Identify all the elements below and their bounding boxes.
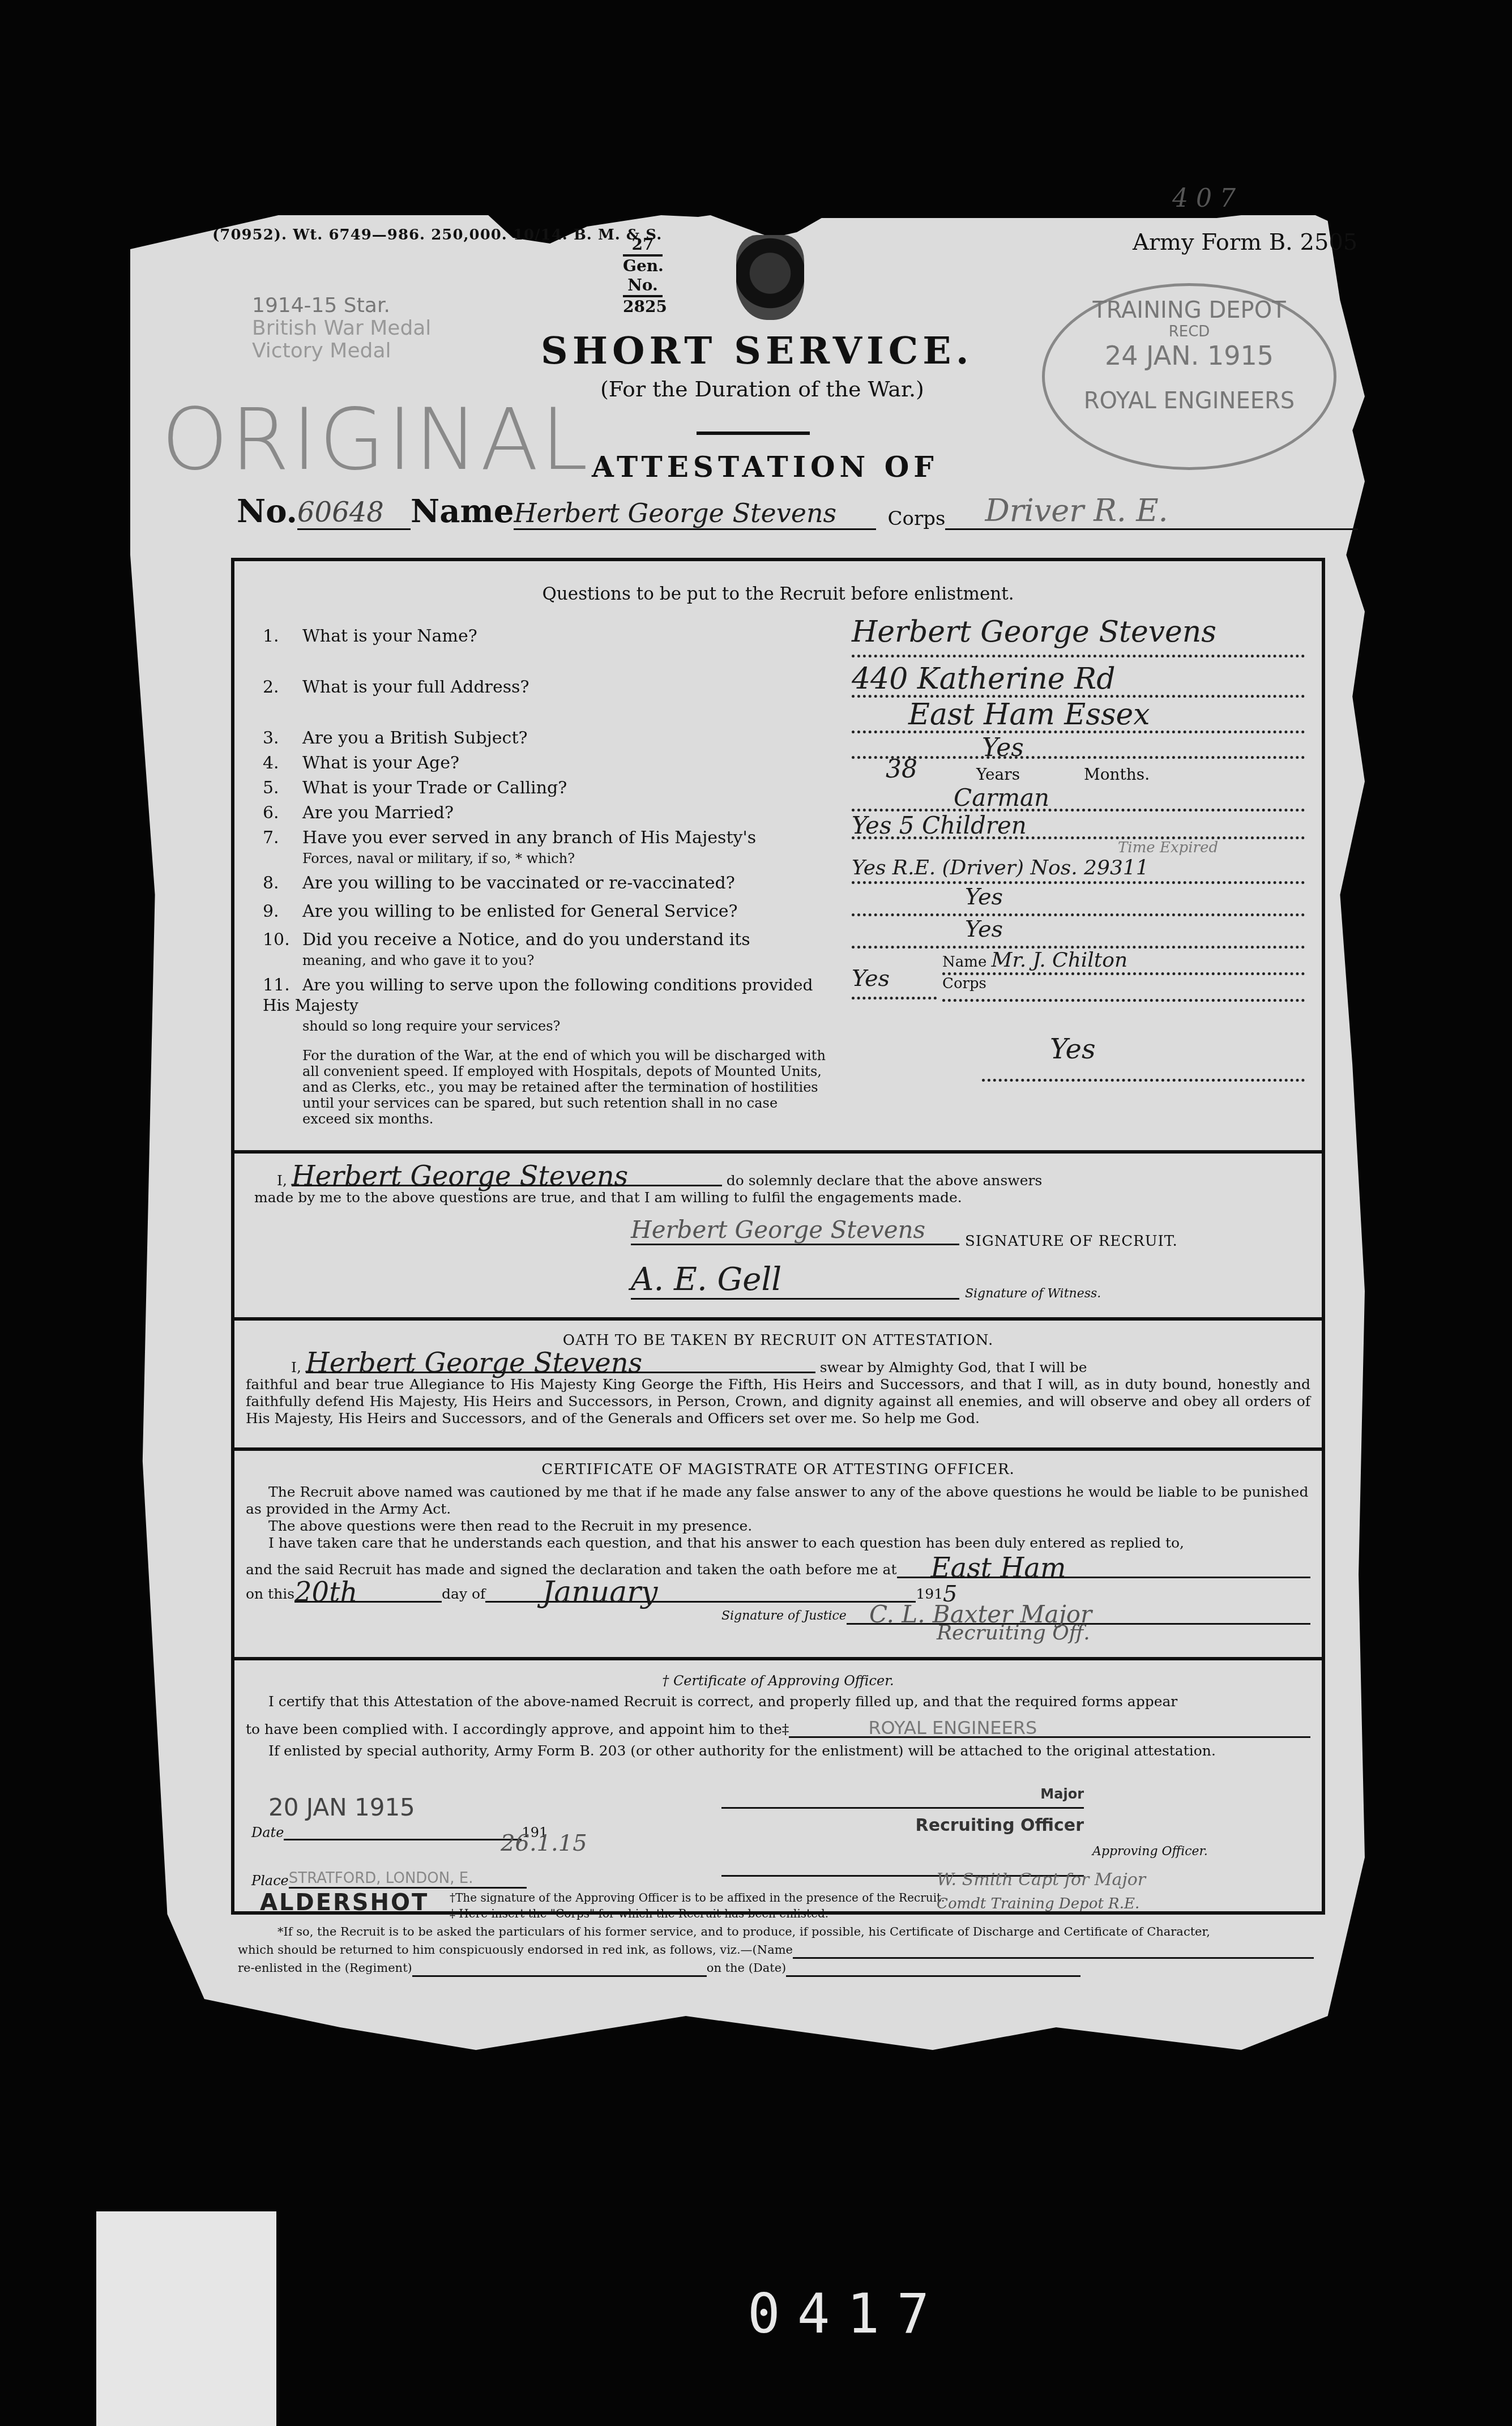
training-depot-stamp: TRAINING DEPOT RECD 24 JAN. 1915 ROYAL E… <box>1042 283 1336 470</box>
on-this-label: on this <box>246 1586 294 1603</box>
footer-line-2-row: which should be returned to him conspicu… <box>238 1941 1314 1959</box>
date-line <box>284 1839 522 1840</box>
gen-no-bottom: 2825 <box>623 297 663 317</box>
question-text: Are you willing to be enlisted for Gener… <box>302 902 738 921</box>
question-num: 9. <box>263 902 302 922</box>
question-num: 3. <box>263 728 302 749</box>
question-num: 5. <box>263 778 302 798</box>
oath-section: OATH TO BE TAKEN BY RECRUIT ON ATTESTATI… <box>234 1317 1322 1442</box>
corps-label: Corps <box>887 507 945 530</box>
question-text: Are you willing to be vaccinated or re-v… <box>302 873 735 893</box>
question-text: Are you Married? <box>302 803 454 823</box>
answer-11: Yes <box>982 1033 1305 1082</box>
attestation-date-row: on this 20th day of January 191 5 <box>246 1584 1310 1603</box>
attestation-day: 20th <box>294 1584 442 1603</box>
question-text: What is your Trade or Calling? <box>302 778 567 798</box>
question-num: 7. <box>263 828 302 848</box>
form-body-box: Questions to be put to the Recruit befor… <box>231 558 1325 1915</box>
footer-regiment-line <box>412 1975 707 1977</box>
answer-10: Yes <box>852 949 937 1000</box>
question-num: 2. <box>263 677 302 698</box>
answer-4-row: 38YearsMonths. <box>852 759 1305 784</box>
answer-4: 38 <box>852 755 976 784</box>
oath-name: Herbert George Stevens <box>306 1355 815 1373</box>
footer-regiment-label: re-enlisted in the (Regiment) <box>238 1959 412 1977</box>
appoint-row: to have been complied with. I accordingl… <box>246 1719 1310 1738</box>
place-row: Place STRATFORD, LONDON, E. <box>251 1870 527 1889</box>
question-text: What is your full Address? <box>302 677 529 697</box>
answer-2: 440 Katherine Rd <box>852 662 1305 698</box>
gen-no-label: Gen. No. <box>623 254 663 297</box>
film-calibration-card <box>96 2211 276 2426</box>
approving-officer-note: Comdt Training Depot R.E. <box>937 1895 1139 1912</box>
approving-p1: I certify that this Attestation of the a… <box>246 1693 1310 1710</box>
declaration-section: I, Herbert George Stevens do solemnly de… <box>234 1150 1322 1312</box>
recruiting-officer-stamp: Recruiting Officer <box>721 1816 1084 1835</box>
attestation-heading: ATTESTATION OF <box>592 450 938 484</box>
recruit-name: Herbert George Stevens <box>514 498 876 530</box>
oath-text-block: I, Herbert George Stevens swear by Almig… <box>246 1355 1310 1427</box>
form-subtitle: (For the Duration of the War.) <box>600 377 924 402</box>
notice-giver: Name Mr. J. Chilton Corps <box>937 949 1305 1000</box>
approving-officer-block: Major Recruiting Officer <box>721 1805 1084 1877</box>
question-subtext: should so long require your services? <box>263 1016 829 1036</box>
footer-date-line <box>786 1975 1080 1977</box>
medals-stamp: 1914-15 Star. British War Medal Victory … <box>252 294 431 362</box>
question-num: 1. <box>263 626 302 647</box>
divider <box>697 432 810 435</box>
medal-star: 1914-15 Star. <box>252 294 431 317</box>
notice-name-label: Name <box>942 954 986 971</box>
approving-officer-section: † Certificate of Approving Officer. I ce… <box>234 1657 1322 1918</box>
appointed-corps-stamp: ROYAL ENGINEERS <box>789 1719 1310 1738</box>
oath-prefix: I, <box>246 1359 301 1376</box>
justice-label: Signature of Justice <box>721 1608 847 1625</box>
recruit-identity-line: No. 60648 Name Herbert George Stevens Co… <box>237 493 1358 530</box>
footer-notes: *If so, the Recruit is to be asked the p… <box>238 1923 1314 1977</box>
magistrate-certificate-section: CERTIFICATE OF MAGISTRATE OR ATTESTING O… <box>234 1447 1322 1655</box>
footer-date-label: on the (Date) <box>707 1959 787 1977</box>
film-frame-counter: 0417 <box>748 2282 946 2346</box>
footer-line-2: which should be returned to him conspicu… <box>238 1941 793 1959</box>
answers-list: Herbert George Stevens 440 Katherine Rd … <box>823 615 1305 1082</box>
depot-stamp-date: 24 JAN. 1915 <box>1045 340 1334 371</box>
notice-name-value: Mr. J. Chilton <box>992 949 1128 972</box>
answer-1: Herbert George Stevens <box>852 615 1305 657</box>
form-number: Army Form B. 2505 <box>1133 229 1357 255</box>
answer-5: Carman <box>852 784 1305 811</box>
magistrate-p2: The above questions were then read to th… <box>246 1518 1310 1535</box>
date-label: Date <box>251 1825 284 1840</box>
answer-10-row: Yes Name Mr. J. Chilton Corps <box>852 949 1305 1000</box>
original-stamp: ORIGINAL. <box>161 391 620 489</box>
attestation-month: January <box>485 1584 916 1603</box>
date-stamp: 20 JAN 1915 <box>268 1793 415 1821</box>
oath-text: faithful and bear true Allegiance to His… <box>246 1376 1310 1427</box>
footer-line-3-row: re-enlisted in the (Regiment)on the (Dat… <box>238 1959 1314 1977</box>
approving-officer-label: Approving Officer. <box>1092 1844 1208 1859</box>
question-text: What is your Name? <box>302 626 477 646</box>
declaration-text-2: made by me to the above questions are tr… <box>254 1189 1310 1206</box>
declaration-prefix: I, <box>254 1172 287 1189</box>
gen-number: 27 Gen. No. 2825 <box>623 235 663 317</box>
approving-p2: to have been complied with. I accordingl… <box>246 1721 789 1738</box>
question-num: 10. <box>263 930 302 950</box>
royal-coat-of-arms-icon <box>736 235 804 320</box>
answer-2-line2: East Ham Essex <box>852 698 1305 733</box>
footer-name-line <box>793 1957 1314 1959</box>
footer-line-1: *If so, the Recruit is to be asked the p… <box>238 1923 1314 1941</box>
officer-line-1 <box>721 1805 1084 1809</box>
place-stamp: STRATFORD, LONDON, E. <box>289 1870 527 1889</box>
form-title: SHORT SERVICE. <box>541 328 973 373</box>
years-label: Years <box>976 765 1084 784</box>
officer-title-stamp: Major <box>721 1786 1084 1802</box>
form-body-bottom-rule <box>231 1911 1325 1915</box>
service-conditions: For the duration of the War, at the end … <box>263 1048 829 1127</box>
corps-value: Driver R. E. <box>945 493 1358 530</box>
approving-p3: If enlisted by special authority, Army F… <box>246 1742 1310 1759</box>
magistrate-heading: CERTIFICATE OF MAGISTRATE OR ATTESTING O… <box>234 1461 1322 1478</box>
place-label: Place <box>251 1873 289 1889</box>
magistrate-text: The Recruit above named was cautioned by… <box>246 1484 1310 1642</box>
approving-officer-signature: W. Smith Capt for Major <box>937 1870 1146 1890</box>
approving-heading: † Certificate of Approving Officer. <box>234 1673 1322 1689</box>
depot-stamp-bottom: ROYAL ENGINEERS <box>1045 388 1334 414</box>
notice-corps-label: Corps <box>942 975 986 992</box>
print-code: (70952). Wt. 6749—986. 250,000. 10/14. B… <box>212 227 662 244</box>
answer-7-note: Time Expired <box>1118 839 1305 856</box>
question-text: Have you ever served in any branch of Hi… <box>302 828 756 848</box>
attestation-place-row: and the said Recruit has made and signed… <box>246 1560 1310 1578</box>
answer-6: Yes 5 Children <box>852 811 1305 839</box>
attestation-place: East Ham <box>897 1560 1310 1578</box>
magistrate-p1: The Recruit above named was cautioned by… <box>246 1484 1310 1518</box>
regimental-number: 60648 <box>297 497 411 530</box>
oath-heading: OATH TO BE TAKEN BY RECRUIT ON ATTESTATI… <box>234 1332 1322 1349</box>
declaration-name: Herbert George Stevens <box>292 1168 722 1186</box>
approving-footnotes: †The signature of the Approving Officer … <box>450 1890 945 1921</box>
oath-text-after-name: swear by Almighty God, that I will be <box>820 1359 1087 1376</box>
recruit-signature: Herbert George Stevens <box>631 1216 959 1245</box>
questions-heading: Questions to be put to the Recruit befor… <box>234 584 1322 604</box>
depot-stamp-top: TRAINING DEPOT <box>1045 297 1334 323</box>
witness-signature: A. E. Gell <box>631 1261 959 1300</box>
question-text: Did you receive a Notice, and do you und… <box>302 930 750 950</box>
footnote-signature: †The signature of the Approving Officer … <box>450 1890 945 1906</box>
recruit-signature-label: SIGNATURE OF RECRUIT. <box>965 1233 1178 1250</box>
notice-name-row: Name Mr. J. Chilton <box>942 949 1305 975</box>
declaration-text: I, Herbert George Stevens do solemnly de… <box>254 1168 1310 1206</box>
question-text: What is your Age? <box>302 753 459 773</box>
answer-7: Yes R.E. (Driver) Nos. 29311 <box>852 856 1305 884</box>
question-text: Are you willing to serve upon the follow… <box>263 976 813 1015</box>
handwritten-date: 26.1.15 <box>501 1830 587 1856</box>
answer-8: Yes <box>852 884 1305 916</box>
justice-note: Recruiting Off. <box>937 1625 1310 1642</box>
approving-text: I certify that this Attestation of the a… <box>246 1693 1310 1759</box>
day-of-label: day of <box>442 1586 485 1603</box>
question-11: 11.Are you willing to serve upon the fol… <box>263 975 829 1100</box>
months-label: Months. <box>1084 765 1150 784</box>
gen-no-top: 27 <box>623 235 663 254</box>
question-num: 8. <box>263 873 302 894</box>
depot-stamp-recd: RECD <box>1045 323 1334 340</box>
question-num: 4. <box>263 753 302 774</box>
witness-signature-label: Signature of Witness. <box>965 1287 1101 1301</box>
question-num: 6. <box>263 803 302 823</box>
no-label: No. <box>237 493 297 530</box>
handwritten-folio: 4 0 7 <box>1172 184 1236 213</box>
notice-corps-row: Corps <box>942 975 1305 1002</box>
question-text: Are you a British Subject? <box>302 728 528 748</box>
medal-bwm: British War Medal <box>252 317 431 340</box>
medal-victory: Victory Medal <box>252 340 431 362</box>
declaration-text-1: do solemnly declare that the above answe… <box>727 1172 1043 1189</box>
name-label: Name <box>411 493 514 530</box>
answer-9: Yes <box>852 916 1305 949</box>
question-num: 11. <box>263 975 302 996</box>
magistrate-p3: I have taken care that he understands ea… <box>246 1535 1310 1552</box>
